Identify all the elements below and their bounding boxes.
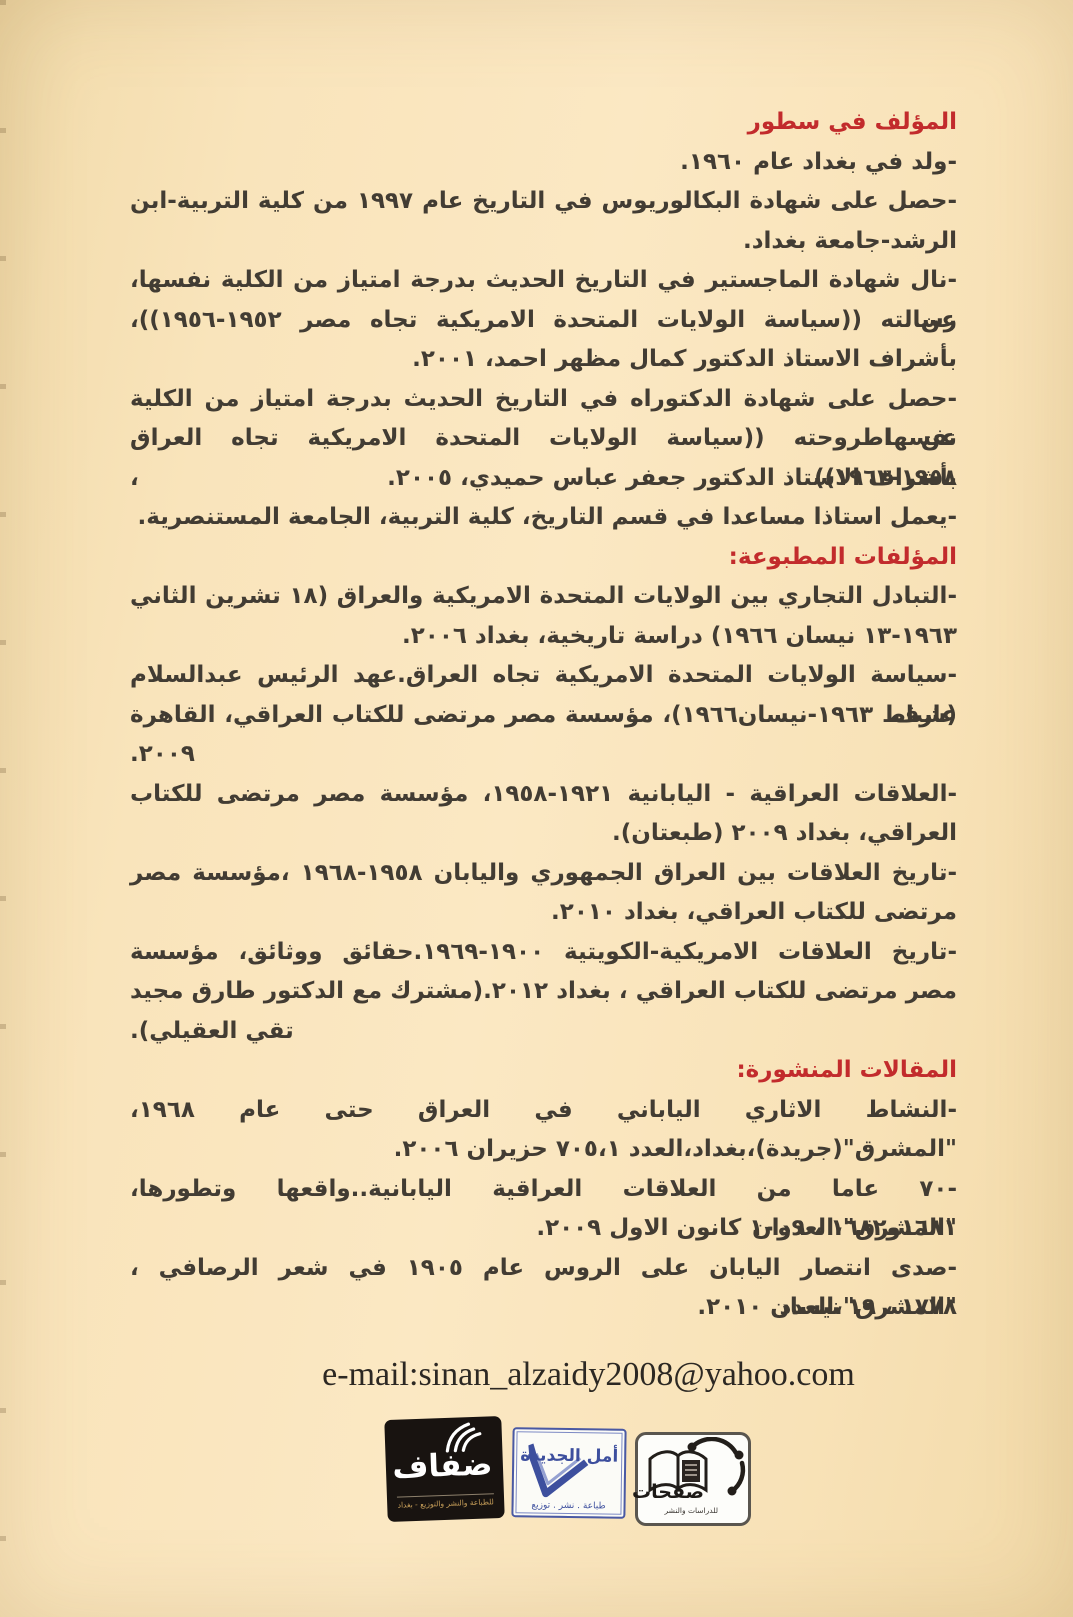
publisher-logo-dhifaf: ضفاف للطباعة والنشر والتوزيع - بغداد [384,1416,504,1522]
publisher-logo-amal-aljadida: أمل الجديدة طباعة . نشر . توزيع [511,1427,626,1519]
bio-line: بأشراف الاستاذ الدكتور كمال مظهر احمد، ٢… [130,340,957,380]
publisher-tagline: للدراسات والنشر [664,1506,718,1515]
bio-line: -حصل على شهادة الدكتوراه في التاريخ الحد… [130,380,957,420]
publisher-logos: ضفاف للطباعة والنشر والتوزيع - بغداد أمل… [386,1418,751,1526]
bio-line: -سياسة الولايات المتحدة الامريكية تجاه ا… [130,656,957,696]
publisher-name: أمل الجديدة [520,1445,618,1466]
publisher-tagline: طباعة . نشر . توزيع [513,1500,623,1512]
bio-line: ١٩٦٣-١٣ نيسان ١٩٦٦) دراسة تاريخية، بغداد… [130,617,957,657]
bio-line: ١٦٨١و١٦٨٢ ، ٩و١٠ كانون الاول ٢٠٠٩. [130,1209,957,1249]
publisher-tagline: للطباعة والنشر والتوزيع - بغداد [391,1497,500,1510]
bio-line: -ولد في بغداد عام ١٩٦٠. [130,143,957,183]
bio-line: عن اطروحته ((سياسة الولايات المتحدة الام… [130,419,957,459]
bio-line: مصر مرتضى للكتاب العراقي ، بغداد ٢٠١٢.(م… [130,972,957,1012]
bio-line: تقي العقيلي). [130,1012,957,1052]
publisher-name: ضفاف [391,1446,493,1486]
bio-line: -نال شهادة الماجستير في التاريخ الحديث ب… [130,261,957,301]
bio-line: (شباط ١٩٦٣-نيسان١٩٦٦)، مؤسسة مصر مرتضى ل… [130,696,957,736]
bio-line: -النشاط الاثاري الياباني في العراق حتى ع… [130,1091,957,1131]
section-heading: المؤلف في سطور [130,103,957,143]
bio-line: الرشد-جامعة بغداد. [130,222,957,262]
bio-line: -تاريخ العلاقات بين العراق الجمهوري والي… [130,854,957,894]
bio-line: "المشرق"(جريدة)،بغداد،العدد ٧٠٥،١ حزيران… [130,1130,957,1170]
bio-line: -حصل على شهادة البكالوريوس في التاريخ عا… [130,182,957,222]
publisher-name: صفحات [632,1481,704,1503]
bio-line: -تاريخ العلاقات الامريكية-الكويتية ١٩٠٠-… [130,933,957,973]
bio-line: -صدى انتصار اليابان على الروس عام ١٩٠٥ ف… [130,1249,957,1289]
bio-line: -٧٠ عاما من العلاقات العراقية اليابانية.… [130,1170,957,1210]
bio-line: ٢٠٠٩. [130,735,957,775]
section-heading: المقالات المنشورة: [130,1051,957,1091]
bio-line: -العلاقات العراقية - اليابانية ١٩٢١-١٩٥٨… [130,775,957,815]
section-heading: المؤلفات المطبوعة: [130,538,957,578]
publisher-logo-safahat: صفحات للدراسات والنشر [635,1432,751,1526]
bio-line: رسالته ((سياسة الولايات المتحدة الامريكي… [130,301,957,341]
bio-line: ١٧٧٨ ، ١٩ نيسان ٢٠١٠. [130,1288,957,1328]
bio-line: -التبادل التجاري بين الولايات المتحدة ال… [130,577,957,617]
bio-line: -يعمل استاذا مساعدا في قسم التاريخ، كلية… [130,498,957,538]
email-address: e-mail:sinan_alzaidy2008@yahoo.com [0,1356,1073,1394]
bio-line: العراقي، بغداد ٢٠٠٩ (طبعتان). [130,814,957,854]
book-back-cover: المؤلف في سطور-ولد في بغداد عام ١٩٦٠.-حص… [0,0,1073,1617]
author-bio-text: المؤلف في سطور-ولد في بغداد عام ١٩٦٠.-حص… [130,103,957,1328]
bio-line: مرتضى للكتاب العراقي، بغداد ٢٠١٠. [130,893,957,933]
